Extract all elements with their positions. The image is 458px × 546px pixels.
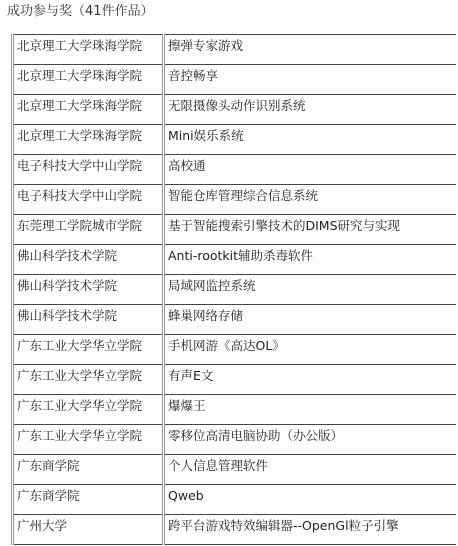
work-cell: 擦弹专家游戏 [164, 35, 456, 65]
table-row: 佛山科学技术学院局域网监控系统 [13, 275, 456, 305]
work-cell: 高校通 [164, 155, 456, 185]
table-row: 广东工业大学华立学院手机网游《高达OL》 [13, 335, 456, 365]
work-cell: 爆爆王 [164, 395, 456, 425]
school-cell: 佛山科学技术学院 [13, 245, 164, 275]
school-cell: 北京理工大学珠海学院 [13, 65, 164, 95]
awards-table-container: 北京理工大学珠海学院擦弹专家游戏 北京理工大学珠海学院音控畅享 北京理工大学珠海… [11, 34, 454, 545]
table-row: 广东工业大学华立学院爆爆王 [13, 395, 456, 425]
table-row: 广州大学跨平台游戏特效编辑器--OpenGl粒子引擎 [13, 515, 456, 545]
work-cell: 音控畅享 [164, 65, 456, 95]
work-cell: Mini娱乐系统 [164, 125, 456, 155]
table-row: 广东商学院Qweb [13, 485, 456, 515]
school-cell: 电子科技大学中山学院 [13, 155, 164, 185]
school-cell: 北京理工大学珠海学院 [13, 125, 164, 155]
school-cell: 广东商学院 [13, 455, 164, 485]
work-cell: 零移位高清电脑协助（办公版） [164, 425, 456, 455]
work-cell: 蜂巢网络存储 [164, 305, 456, 335]
table-row: 北京理工大学珠海学院无限摄像头动作识别系统 [13, 95, 456, 125]
school-cell: 佛山科学技术学院 [13, 275, 164, 305]
table-row: 东莞理工学院城市学院基于智能搜索引擎技术的DIMS研究与实现 [13, 215, 456, 245]
heading-suffix: 件作品） [102, 4, 154, 19]
table-row: 北京理工大学珠海学院音控畅享 [13, 65, 456, 95]
school-cell: 佛山科学技术学院 [13, 305, 164, 335]
work-cell: 有声E文 [164, 365, 456, 395]
school-cell: 广东工业大学华立学院 [13, 365, 164, 395]
work-cell: 手机网游《高达OL》 [164, 335, 456, 365]
heading-prefix: 成功参与奖（ [7, 4, 85, 19]
table-row: 电子科技大学中山学院智能仓库管理综合信息系统 [13, 185, 456, 215]
table-row: 佛山科学技术学院Anti-rootkit辅助杀毒软件 [13, 245, 456, 275]
school-cell: 北京理工大学珠海学院 [13, 95, 164, 125]
table-row: 佛山科学技术学院蜂巢网络存储 [13, 305, 456, 335]
table-row: 广东工业大学华立学院零移位高清电脑协助（办公版） [13, 425, 456, 455]
awards-table: 北京理工大学珠海学院擦弹专家游戏 北京理工大学珠海学院音控畅享 北京理工大学珠海… [11, 34, 456, 545]
school-cell: 广东工业大学华立学院 [13, 425, 164, 455]
work-cell: 个人信息管理软件 [164, 455, 456, 485]
work-cell: 基于智能搜索引擎技术的DIMS研究与实现 [164, 215, 456, 245]
work-cell: 智能仓库管理综合信息系统 [164, 185, 456, 215]
school-cell: 电子科技大学中山学院 [13, 185, 164, 215]
work-cell: 局域网监控系统 [164, 275, 456, 305]
school-cell: 北京理工大学珠海学院 [13, 35, 164, 65]
table-row: 北京理工大学珠海学院擦弹专家游戏 [13, 35, 456, 65]
school-cell: 广州大学 [13, 515, 164, 545]
work-count: 41 [85, 4, 102, 19]
school-cell: 东莞理工学院城市学院 [13, 215, 164, 245]
work-cell: Anti-rootkit辅助杀毒软件 [164, 245, 456, 275]
table-row: 广东商学院个人信息管理软件 [13, 455, 456, 485]
table-row: 北京理工大学珠海学院Mini娱乐系统 [13, 125, 456, 155]
school-cell: 广东商学院 [13, 485, 164, 515]
school-cell: 广东工业大学华立学院 [13, 395, 164, 425]
table-row: 电子科技大学中山学院高校通 [13, 155, 456, 185]
work-cell: Qweb [164, 485, 456, 515]
table-row: 广东工业大学华立学院有声E文 [13, 365, 456, 395]
section-heading: 成功参与奖（41件作品） [7, 4, 154, 20]
school-cell: 广东工业大学华立学院 [13, 335, 164, 365]
work-cell: 跨平台游戏特效编辑器--OpenGl粒子引擎 [164, 515, 456, 545]
work-cell: 无限摄像头动作识别系统 [164, 95, 456, 125]
